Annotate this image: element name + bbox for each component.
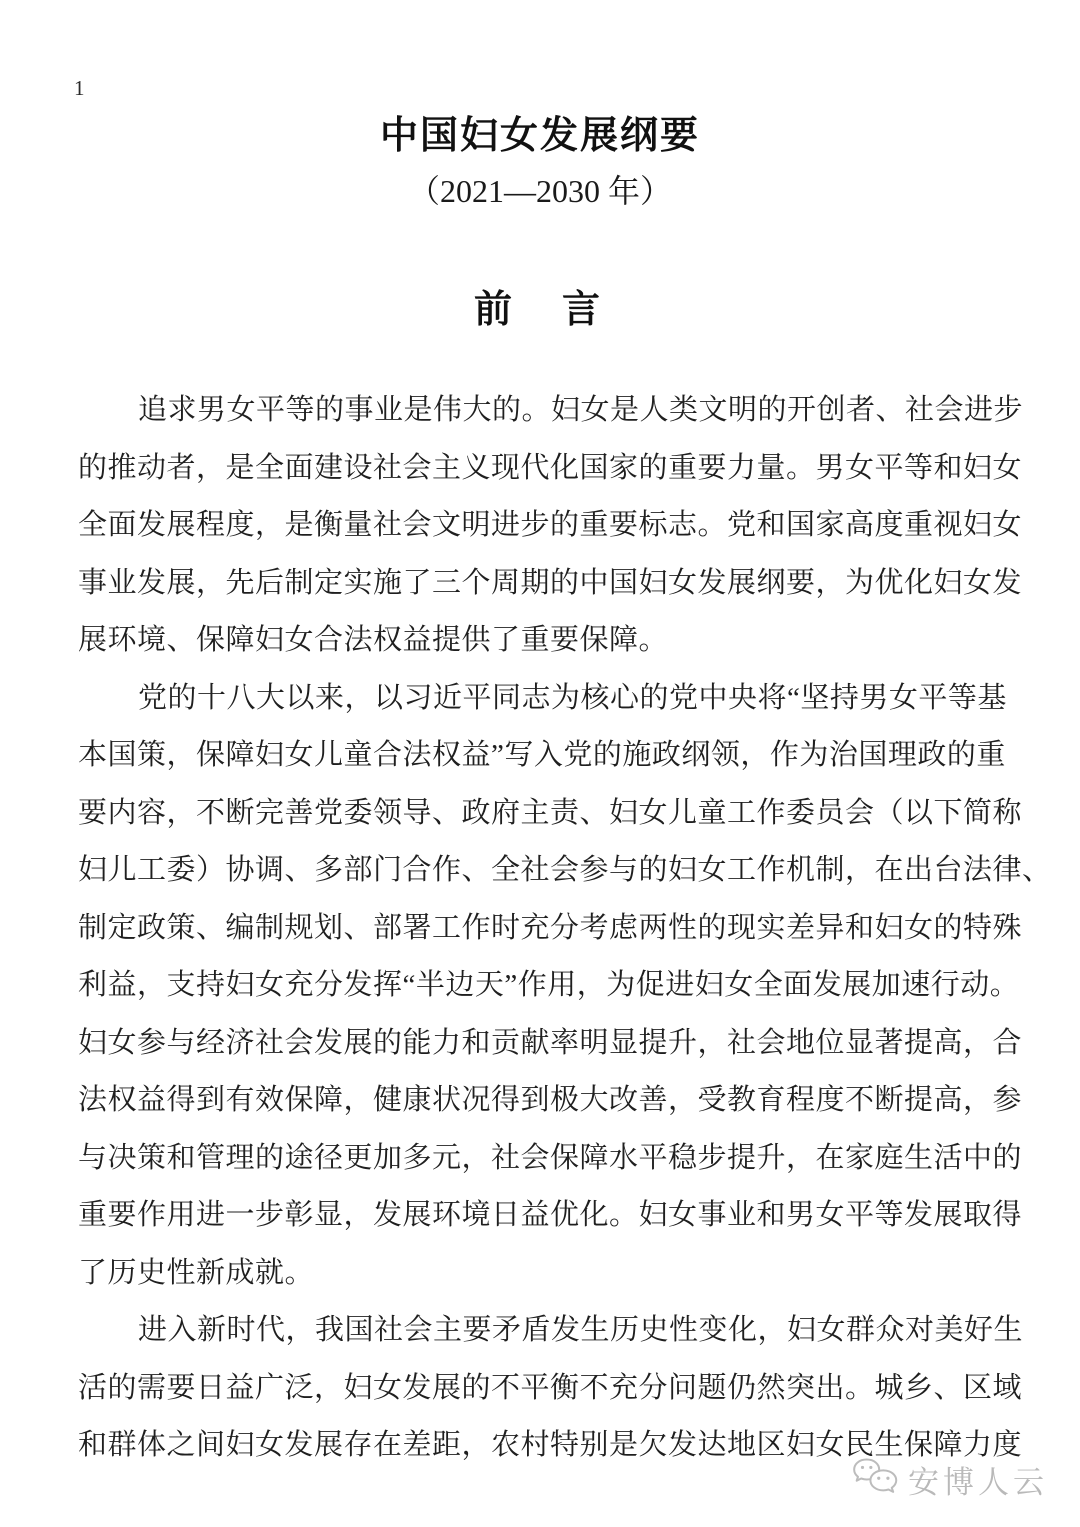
text-line: 法权益得到有效保障，健康状况得到极大改善，受教育程度不断提高，参 <box>78 1072 1010 1130</box>
document-title: 中国妇女发展纲要 <box>0 104 1080 159</box>
text-line: 了历史性新成就。 <box>78 1245 1010 1303</box>
text-line: 活的需要日益广泛，妇女发展的不平衡不充分问题仍然突出。城乡、区域 <box>78 1360 1010 1418</box>
text-line: 制定政策、编制规划、部署工作时充分考虑两性的现实差异和妇女的特殊 <box>78 900 1010 958</box>
text-line: 事业发展，先后制定实施了三个周期的中国妇女发展纲要，为优化妇女发 <box>78 555 1010 613</box>
paragraph: 党的十八大以来，以习近平同志为核心的党中央将“坚持男女平等基本国策，保障妇女儿童… <box>78 670 1010 1303</box>
text-line: 重要作用进一步彰显，发展环境日益优化。妇女事业和男女平等发展取得 <box>78 1187 1010 1245</box>
watermark: 安博人云 <box>850 1456 1048 1503</box>
preface-heading: 前 言 <box>0 278 1080 333</box>
text-line: 与决策和管理的途径更加多元，社会保障水平稳步提升，在家庭生活中的 <box>78 1130 1010 1188</box>
document-subtitle: （2021—2030 年） <box>0 166 1080 212</box>
paragraph: 进入新时代，我国社会主要矛盾发生历史性变化，妇女群众对美好生活的需要日益广泛，妇… <box>78 1302 1010 1475</box>
text-line: 追求男女平等的事业是伟大的。妇女是人类文明的开创者、社会进步 <box>78 382 1010 440</box>
text-line: 进入新时代，我国社会主要矛盾发生历史性变化，妇女群众对美好生 <box>78 1302 1010 1360</box>
text-line: 党的十八大以来，以习近平同志为核心的党中央将“坚持男女平等基 <box>78 670 1010 728</box>
text-line: 展环境、保障妇女合法权益提供了重要保障。 <box>78 612 1010 670</box>
text-line: 的推动者，是全面建设社会主义现代化国家的重要力量。男女平等和妇女 <box>78 440 1010 498</box>
document-page: 1 中国妇女发展纲要 （2021—2030 年） 前 言 追求男女平等的事业是伟… <box>0 0 1080 1527</box>
text-line: 利益，支持妇女充分发挥“半边天”作用，为促进妇女全面发展加速行动。 <box>78 957 1010 1015</box>
body-text: 追求男女平等的事业是伟大的。妇女是人类文明的开创者、社会进步的推动者，是全面建设… <box>78 382 1010 1475</box>
text-line: 全面发展程度，是衡量社会文明进步的重要标志。党和国家高度重视妇女 <box>78 497 1010 555</box>
watermark-label: 安博人云 <box>908 1457 1048 1502</box>
text-line: 妇儿工委）协调、多部门合作、全社会参与的妇女工作机制，在出台法律、 <box>78 842 1010 900</box>
text-line: 要内容，不断完善党委领导、政府主责、妇女儿童工作委员会（以下简称 <box>78 785 1010 843</box>
page-number: 1 <box>74 76 85 101</box>
text-line: 妇女参与经济社会发展的能力和贡献率明显提升，社会地位显著提高，合 <box>78 1015 1010 1073</box>
paragraph: 追求男女平等的事业是伟大的。妇女是人类文明的开创者、社会进步的推动者，是全面建设… <box>78 382 1010 670</box>
text-line: 本国策，保障妇女儿童合法权益”写入党的施政纲领，作为治国理政的重 <box>78 727 1010 785</box>
wechat-logo-icon <box>850 1456 900 1503</box>
